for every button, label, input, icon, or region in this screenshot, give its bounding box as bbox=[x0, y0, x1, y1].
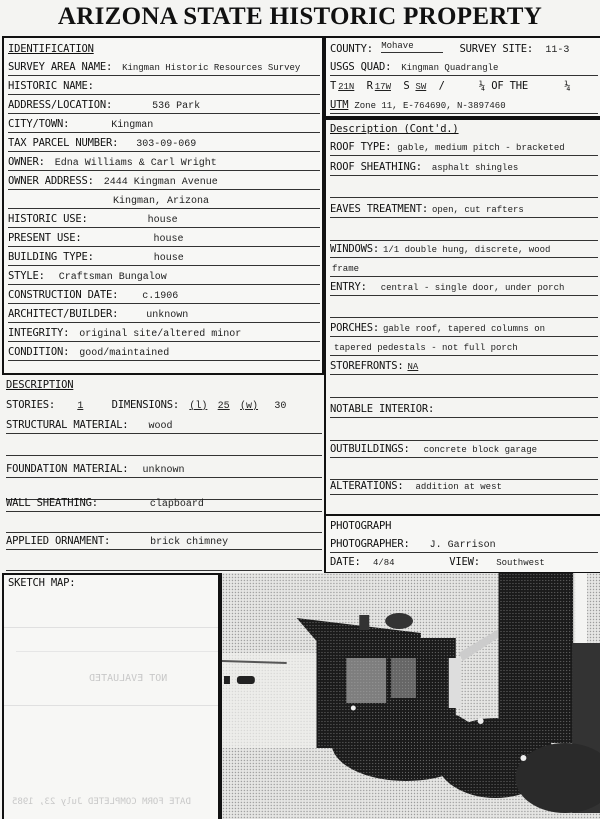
field-label: HISTORIC USE: bbox=[8, 213, 88, 225]
township-value: 21N bbox=[338, 82, 354, 92]
field-value: 536 Park bbox=[152, 101, 200, 112]
field-label: EAVES TREATMENT: bbox=[330, 203, 428, 215]
field-value: Kingman, Arizona bbox=[113, 196, 209, 207]
field-label: ENTRY: bbox=[330, 281, 367, 293]
field-value: house bbox=[148, 215, 178, 226]
field-foundation-material[interactable]: FOUNDATION MATERIAL:unknown bbox=[6, 460, 322, 478]
field-architect-builder[interactable]: ARCHITECT/BUILDER:unknown bbox=[8, 305, 320, 323]
field-label: WALL SHEATHING: bbox=[6, 497, 98, 509]
description-heading: DESCRIPTION bbox=[6, 376, 322, 394]
field-value: frame bbox=[332, 264, 359, 274]
field-tax-parcel-number[interactable]: TAX PARCEL NUMBER:303-09-069 bbox=[8, 134, 320, 152]
field-value: asphalt shingles bbox=[432, 163, 518, 173]
field-label: PHOTOGRAPHER: bbox=[330, 538, 410, 550]
county-value: Mohave bbox=[381, 40, 443, 53]
sketch-map-section: SKETCH MAP: NOT EVALUATED DATE FORM COMP… bbox=[2, 573, 220, 819]
field-label: / bbox=[439, 80, 445, 92]
field-label: BUILDING TYPE: bbox=[8, 251, 94, 263]
field-label: APPLIED ORNAMENT: bbox=[6, 535, 110, 547]
field-value: NA bbox=[407, 362, 418, 372]
field-label: SURVEY AREA NAME: bbox=[8, 61, 112, 73]
field-survey-area-name[interactable]: SURVEY AREA NAME:Kingman Historic Resour… bbox=[8, 58, 320, 76]
field-owner-address[interactable]: OWNER ADDRESS:2444 Kingman Avenue bbox=[8, 172, 320, 190]
field-owner[interactable]: OWNER:Edna Williams & Carl Wright bbox=[8, 153, 320, 171]
field-value: Zone 11, E-764690, N-3897460 bbox=[354, 101, 505, 111]
field-style[interactable]: STYLE:Craftsman Bungalow bbox=[8, 267, 320, 285]
field-construction-date[interactable]: CONSTRUCTION DATE:c.1906 bbox=[8, 286, 320, 304]
field-windows[interactable]: WINDOWS:1/1 double hung, discrete, wood bbox=[330, 240, 598, 258]
field-value: unknown bbox=[142, 465, 184, 476]
field-label: ROOF SHEATHING: bbox=[330, 161, 422, 173]
field-label: UTM bbox=[330, 99, 348, 111]
field-roof-sheathing[interactable]: ROOF SHEATHING:asphalt shingles bbox=[330, 158, 598, 176]
field-township-range-section[interactable]: T21N R17W SSW / ¼ OF THE ¼ bbox=[330, 77, 598, 95]
form-title: ARIZONA STATE HISTORIC PROPERTY INVENTOR… bbox=[0, 0, 600, 34]
bleed-line bbox=[4, 705, 218, 706]
field-blank-line[interactable] bbox=[6, 553, 322, 571]
field-label: STOREFRONTS: bbox=[330, 360, 403, 372]
field-porches[interactable]: PORCHES:gable roof, tapered columns on bbox=[330, 319, 598, 337]
field-value: wood bbox=[148, 421, 172, 432]
field-city-town[interactable]: CITY/TOWN:Kingman bbox=[8, 115, 320, 133]
field-value: 2444 Kingman Avenue bbox=[104, 177, 218, 188]
stories-value: 1 bbox=[77, 401, 83, 412]
field-building-type[interactable]: BUILDING TYPE:house bbox=[8, 248, 320, 266]
location-section: COUNTY: Mohave SURVEY SITE: 11-3 USGS QU… bbox=[324, 36, 600, 118]
field-label: ROOF TYPE: bbox=[330, 141, 391, 153]
field-blank-line[interactable] bbox=[330, 380, 598, 398]
field-blank-line[interactable] bbox=[330, 300, 598, 318]
field-county-survey-site[interactable]: COUNTY: Mohave SURVEY SITE: 11-3 bbox=[330, 40, 598, 58]
field-value: J. Garrison bbox=[430, 540, 496, 551]
description-continued-section: Description (Cont'd.) ROOF TYPE:gable, m… bbox=[324, 118, 600, 514]
bleed-through-text: NOT EVALUATED bbox=[89, 673, 167, 684]
field-label: NOTABLE INTERIOR: bbox=[330, 403, 434, 415]
field-label: CITY/TOWN: bbox=[8, 118, 69, 130]
field-value: concrete block garage bbox=[424, 445, 537, 455]
field-label: STYLE: bbox=[8, 270, 45, 282]
field-value: central - single door, under porch bbox=[381, 283, 565, 293]
field-value: 1/1 double hung, discrete, wood bbox=[383, 245, 550, 255]
field-blank-line[interactable] bbox=[330, 180, 598, 198]
dimension-length: 25 bbox=[218, 401, 230, 412]
field-label: VIEW: bbox=[449, 556, 480, 568]
field-value: gable roof, tapered columns on bbox=[383, 324, 545, 334]
field-address-location[interactable]: ADDRESS/LOCATION:536 Park bbox=[8, 96, 320, 114]
bleed-line bbox=[16, 651, 218, 652]
section-label: IDENTIFICATION bbox=[8, 43, 94, 55]
sketch-map-label: SKETCH MAP: bbox=[8, 577, 75, 589]
field-value: Kingman bbox=[111, 120, 153, 131]
survey-site-value: 11-3 bbox=[545, 43, 598, 58]
field-label: ARCHITECT/BUILDER: bbox=[8, 308, 118, 320]
field-label: T bbox=[330, 80, 336, 92]
field-label: USGS QUAD: bbox=[330, 61, 391, 73]
dimension-label: (w) bbox=[240, 401, 258, 412]
field-label: INTEGRITY: bbox=[8, 327, 69, 339]
field-label: S bbox=[403, 80, 409, 92]
field-value: original site/altered minor bbox=[79, 329, 241, 340]
field-value: clapboard bbox=[150, 499, 204, 510]
field-date-view[interactable]: DATE: 4/84 VIEW: Southwest bbox=[330, 553, 598, 571]
field-label: ¼ bbox=[564, 80, 570, 92]
field-label: HISTORIC NAME: bbox=[8, 80, 94, 92]
field-label: ¼ OF THE bbox=[479, 80, 528, 92]
dimension-label: (l) bbox=[189, 401, 207, 412]
field-alterations[interactable]: ALTERATIONS:addition at west bbox=[330, 477, 598, 495]
field-outbuildings[interactable]: OUTBUILDINGS:concrete block garage bbox=[330, 440, 598, 458]
photograph-section: PHOTOGRAPH PHOTOGRAPHER:J. Garrison DATE… bbox=[324, 514, 600, 574]
field-label: DATE: bbox=[330, 556, 361, 568]
field-applied-ornament[interactable]: APPLIED ORNAMENT:brick chimney bbox=[6, 532, 322, 550]
field-usgs-quad[interactable]: USGS QUAD:Kingman Quadrangle bbox=[330, 58, 598, 76]
field-roof-type[interactable]: ROOF TYPE:gable, medium pitch - brackete… bbox=[330, 138, 598, 156]
dimension-width: 30 bbox=[274, 401, 286, 412]
field-value: 303-09-069 bbox=[136, 139, 196, 150]
field-label: OUTBUILDINGS: bbox=[330, 443, 410, 455]
field-value: open, cut rafters bbox=[432, 205, 524, 215]
field-label: CONDITION: bbox=[8, 346, 69, 358]
field-historic-name[interactable]: HISTORIC NAME: bbox=[8, 77, 320, 95]
section-label: DESCRIPTION bbox=[6, 379, 73, 391]
field-porches-line-2[interactable]: tapered pedestals - not full porch bbox=[330, 338, 598, 356]
view-value: Southwest bbox=[496, 558, 545, 568]
field-windows-line-2[interactable]: frame bbox=[330, 259, 598, 277]
field-label: COUNTY: bbox=[330, 43, 373, 55]
field-label: OWNER ADDRESS: bbox=[8, 175, 94, 187]
photograph-heading: PHOTOGRAPH bbox=[330, 517, 598, 535]
field-label: WINDOWS: bbox=[330, 243, 379, 255]
field-label: SURVEY SITE: bbox=[460, 43, 533, 55]
field-value: good/maintained bbox=[79, 348, 169, 359]
field-label: OWNER: bbox=[8, 156, 45, 168]
field-owner-address-line-2[interactable]: Kingman, Arizona bbox=[8, 191, 320, 209]
field-label: FOUNDATION MATERIAL: bbox=[6, 463, 128, 475]
field-structural-material[interactable]: STRUCTURAL MATERIAL:wood bbox=[6, 416, 322, 434]
field-value: tapered pedestals - not full porch bbox=[334, 343, 518, 353]
field-photographer[interactable]: PHOTOGRAPHER:J. Garrison bbox=[330, 535, 598, 553]
field-label: STRUCTURAL MATERIAL: bbox=[6, 419, 128, 431]
field-label: CONSTRUCTION DATE: bbox=[8, 289, 118, 301]
field-blank-line[interactable] bbox=[6, 515, 322, 533]
field-value: Kingman Quadrangle bbox=[401, 63, 498, 73]
field-label: PORCHES: bbox=[330, 322, 379, 334]
field-value: addition at west bbox=[415, 482, 501, 492]
field-value: house bbox=[153, 234, 183, 245]
identification-heading: IDENTIFICATION bbox=[8, 40, 320, 58]
field-utm[interactable]: UTMZone 11, E-764690, N-3897460 bbox=[330, 96, 598, 114]
field-label: ALTERATIONS: bbox=[330, 480, 403, 492]
field-value: Edna Williams & Carl Wright bbox=[55, 158, 217, 169]
field-stories-dimensions[interactable]: STORIES: 1 DIMENSIONS: (l) 25 (w) 30 bbox=[6, 396, 322, 414]
field-label: STORIES: bbox=[6, 399, 55, 411]
identification-section: IDENTIFICATION SURVEY AREA NAME:Kingman … bbox=[2, 36, 324, 375]
field-blank-line[interactable] bbox=[330, 223, 598, 241]
field-label: TAX PARCEL NUMBER: bbox=[8, 137, 118, 149]
field-integrity[interactable]: INTEGRITY:original site/altered minor bbox=[8, 324, 320, 342]
field-blank-line[interactable] bbox=[6, 438, 322, 456]
field-wall-sheathing[interactable]: WALL SHEATHING:clapboard bbox=[6, 494, 322, 512]
bleed-line bbox=[4, 627, 218, 628]
house-photo-image bbox=[222, 573, 600, 819]
field-label: DIMENSIONS: bbox=[112, 399, 179, 411]
description-continued-heading: Description (Cont'd.) bbox=[330, 120, 598, 138]
range-value: 17W bbox=[375, 82, 391, 92]
field-label: PRESENT USE: bbox=[8, 232, 81, 244]
field-value: gable, medium pitch - bracketed bbox=[397, 143, 564, 153]
bleed-through-text: DATE FORM COMPLETED July 23, 1985 bbox=[12, 797, 191, 807]
field-notable-interior[interactable]: NOTABLE INTERIOR: bbox=[330, 400, 598, 418]
field-label: R bbox=[367, 80, 373, 92]
field-condition[interactable]: CONDITION:good/maintained bbox=[8, 343, 320, 361]
description-section: DESCRIPTION STORIES: 1 DIMENSIONS: (l) 2… bbox=[2, 376, 324, 572]
field-eaves-treatment[interactable]: EAVES TREATMENT:open, cut rafters bbox=[330, 200, 598, 218]
field-value: c.1906 bbox=[142, 291, 178, 302]
field-present-use[interactable]: PRESENT USE:house bbox=[8, 229, 320, 247]
field-value: Kingman Historic Resources Survey bbox=[122, 63, 300, 73]
field-historic-use[interactable]: HISTORIC USE:house bbox=[8, 210, 320, 228]
field-value: Craftsman Bungalow bbox=[59, 272, 167, 283]
field-blank-line[interactable] bbox=[330, 423, 598, 441]
field-value: unknown bbox=[146, 310, 188, 321]
property-photograph bbox=[220, 573, 600, 819]
section-label: PHOTOGRAPH bbox=[330, 520, 391, 532]
section-label: Description (Cont'd.) bbox=[330, 123, 459, 135]
field-value: brick chimney bbox=[150, 537, 228, 548]
field-storefronts[interactable]: STOREFRONTS:NA bbox=[330, 357, 598, 375]
date-value: 4/84 bbox=[373, 554, 443, 571]
field-label: ADDRESS/LOCATION: bbox=[8, 99, 112, 111]
section-value: SW bbox=[415, 82, 426, 92]
field-value: house bbox=[154, 253, 184, 264]
field-entry[interactable]: ENTRY:central - single door, under porch bbox=[330, 278, 598, 296]
